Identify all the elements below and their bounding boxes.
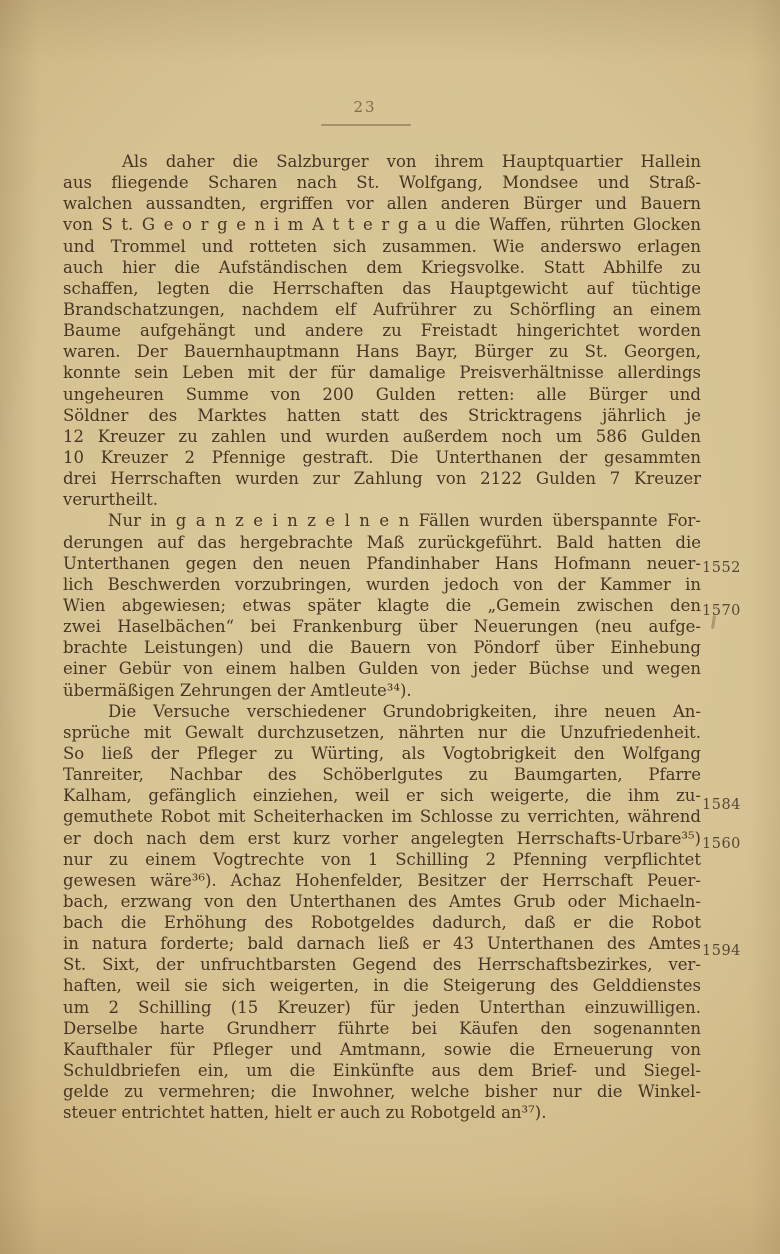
text-line: übermäßigen Zehrungen der Amtleute³⁴). — [63, 680, 701, 701]
paragraph: Nur in g a n z e i n z e l n e n Fällen … — [63, 510, 701, 700]
text-line: steuer entrichtet hatten, hielt er auch … — [63, 1102, 701, 1123]
text-line: derungen auf das hergebrachte Maß zurück… — [63, 532, 701, 553]
paragraph: Die Versuche verschiedener Grundobrigkei… — [63, 701, 701, 1124]
margin-year-1594: 1594 — [702, 943, 741, 959]
text-line: Kalham, gefänglich einziehen, weil er si… — [63, 785, 701, 806]
text-line: Derselbe harte Grundherr führte bei Käuf… — [63, 1018, 701, 1039]
body-text: Als daher die Salzburger von ihrem Haupt… — [63, 151, 701, 1123]
text-line: Unterthanen gegen den neuen Pfandinhaber… — [63, 553, 701, 574]
margin-year-1560: 1560 — [702, 836, 741, 852]
page-number: 23 — [340, 98, 390, 116]
text-line: brachte Leistungen) und die Bauern von P… — [63, 637, 701, 658]
text-line: So ließ der Pfleger zu Würting, als Vogt… — [63, 743, 701, 764]
text-line: um 2 Schilling (15 Kreuzer) für jeden Un… — [63, 997, 701, 1018]
text-line: nur zu einem Vogtrechte von 1 Schilling … — [63, 849, 701, 870]
margin-year-1570: 1570 — [702, 603, 741, 619]
text-line: waren. Der Bauernhauptmann Hans Bayr, Bü… — [63, 341, 701, 362]
margin-year-1552: 1552 — [702, 560, 741, 576]
text-line: und Trommel und rotteten sich zusammen. … — [63, 236, 701, 257]
text-line: von S t. G e o r g e n i m A t t e r g a… — [63, 214, 701, 235]
text-line: Nur in g a n z e i n z e l n e n Fällen … — [63, 510, 701, 531]
text-line: 12 Kreuzer zu zahlen und wurden außerdem… — [63, 426, 701, 447]
text-line: schaffen, legten die Herrschaften das Ha… — [63, 278, 701, 299]
text-line: gelde zu vermehren; die Inwohner, welche… — [63, 1081, 701, 1102]
text-line: Die Versuche verschiedener Grundobrigkei… — [63, 701, 701, 722]
page-number-rule — [321, 124, 411, 126]
text-line: auch hier die Aufständischen dem Kriegsv… — [63, 257, 701, 278]
text-line: sprüche mit Gewalt durchzusetzen, nährte… — [63, 722, 701, 743]
text-line: Wien abgewiesen; etwas später klagte die… — [63, 595, 701, 616]
text-line: Brandschatzungen, nachdem elf Aufrührer … — [63, 299, 701, 320]
book-page-scan: 23 Als daher die Salzburger von ihrem Ha… — [0, 0, 780, 1254]
paragraph: Als daher die Salzburger von ihrem Haupt… — [63, 151, 701, 510]
text-line: in natura forderte; bald darnach ließ er… — [63, 933, 701, 954]
ink-smudge — [711, 615, 716, 629]
text-line: verurtheilt. — [63, 489, 701, 510]
margin-year-1584: 1584 — [702, 797, 741, 813]
text-line: bach die Erhöhung des Robotgeldes dadurc… — [63, 912, 701, 933]
text-line: Tanreiter, Nachbar des Schöberlgutes zu … — [63, 764, 701, 785]
text-line: einer Gebür von einem halben Gulden von … — [63, 658, 701, 679]
text-line: aus fliegende Scharen nach St. Wolfgang,… — [63, 172, 701, 193]
text-line: Schuldbriefen ein, um die Einkünfte aus … — [63, 1060, 701, 1081]
text-line: zwei Haselbächen“ bei Frankenburg über N… — [63, 616, 701, 637]
text-line: gewesen wäre³⁶). Achaz Hohenfelder, Besi… — [63, 870, 701, 891]
text-line: lich Beschwerden vorzubringen, wurden je… — [63, 574, 701, 595]
text-line: er doch nach dem erst kurz vorher angele… — [63, 828, 701, 849]
text-line: Söldner des Marktes hatten statt des Str… — [63, 405, 701, 426]
text-line: walchen aussandten, ergriffen vor allen … — [63, 193, 701, 214]
text-line: 10 Kreuzer 2 Pfennige gestraft. Die Unte… — [63, 447, 701, 468]
text-line: St. Sixt, der unfruchtbarsten Gegend des… — [63, 954, 701, 975]
text-line: drei Herrschaften wurden zur Zahlung von… — [63, 468, 701, 489]
text-line: gemuthete Robot mit Scheiterhacken im Sc… — [63, 806, 701, 827]
text-line: Als daher die Salzburger von ihrem Haupt… — [63, 151, 701, 172]
text-line: Baume aufgehängt und andere zu Freistadt… — [63, 320, 701, 341]
text-line: haften, weil sie sich weigerten, in die … — [63, 975, 701, 996]
text-line: Kaufthaler für Pfleger und Amtmann, sowi… — [63, 1039, 701, 1060]
text-line: bach, erzwang von den Unterthanen des Am… — [63, 891, 701, 912]
text-line: konnte sein Leben mit der für damalige P… — [63, 362, 701, 383]
text-line: ungeheuren Summe von 200 Gulden retten: … — [63, 384, 701, 405]
